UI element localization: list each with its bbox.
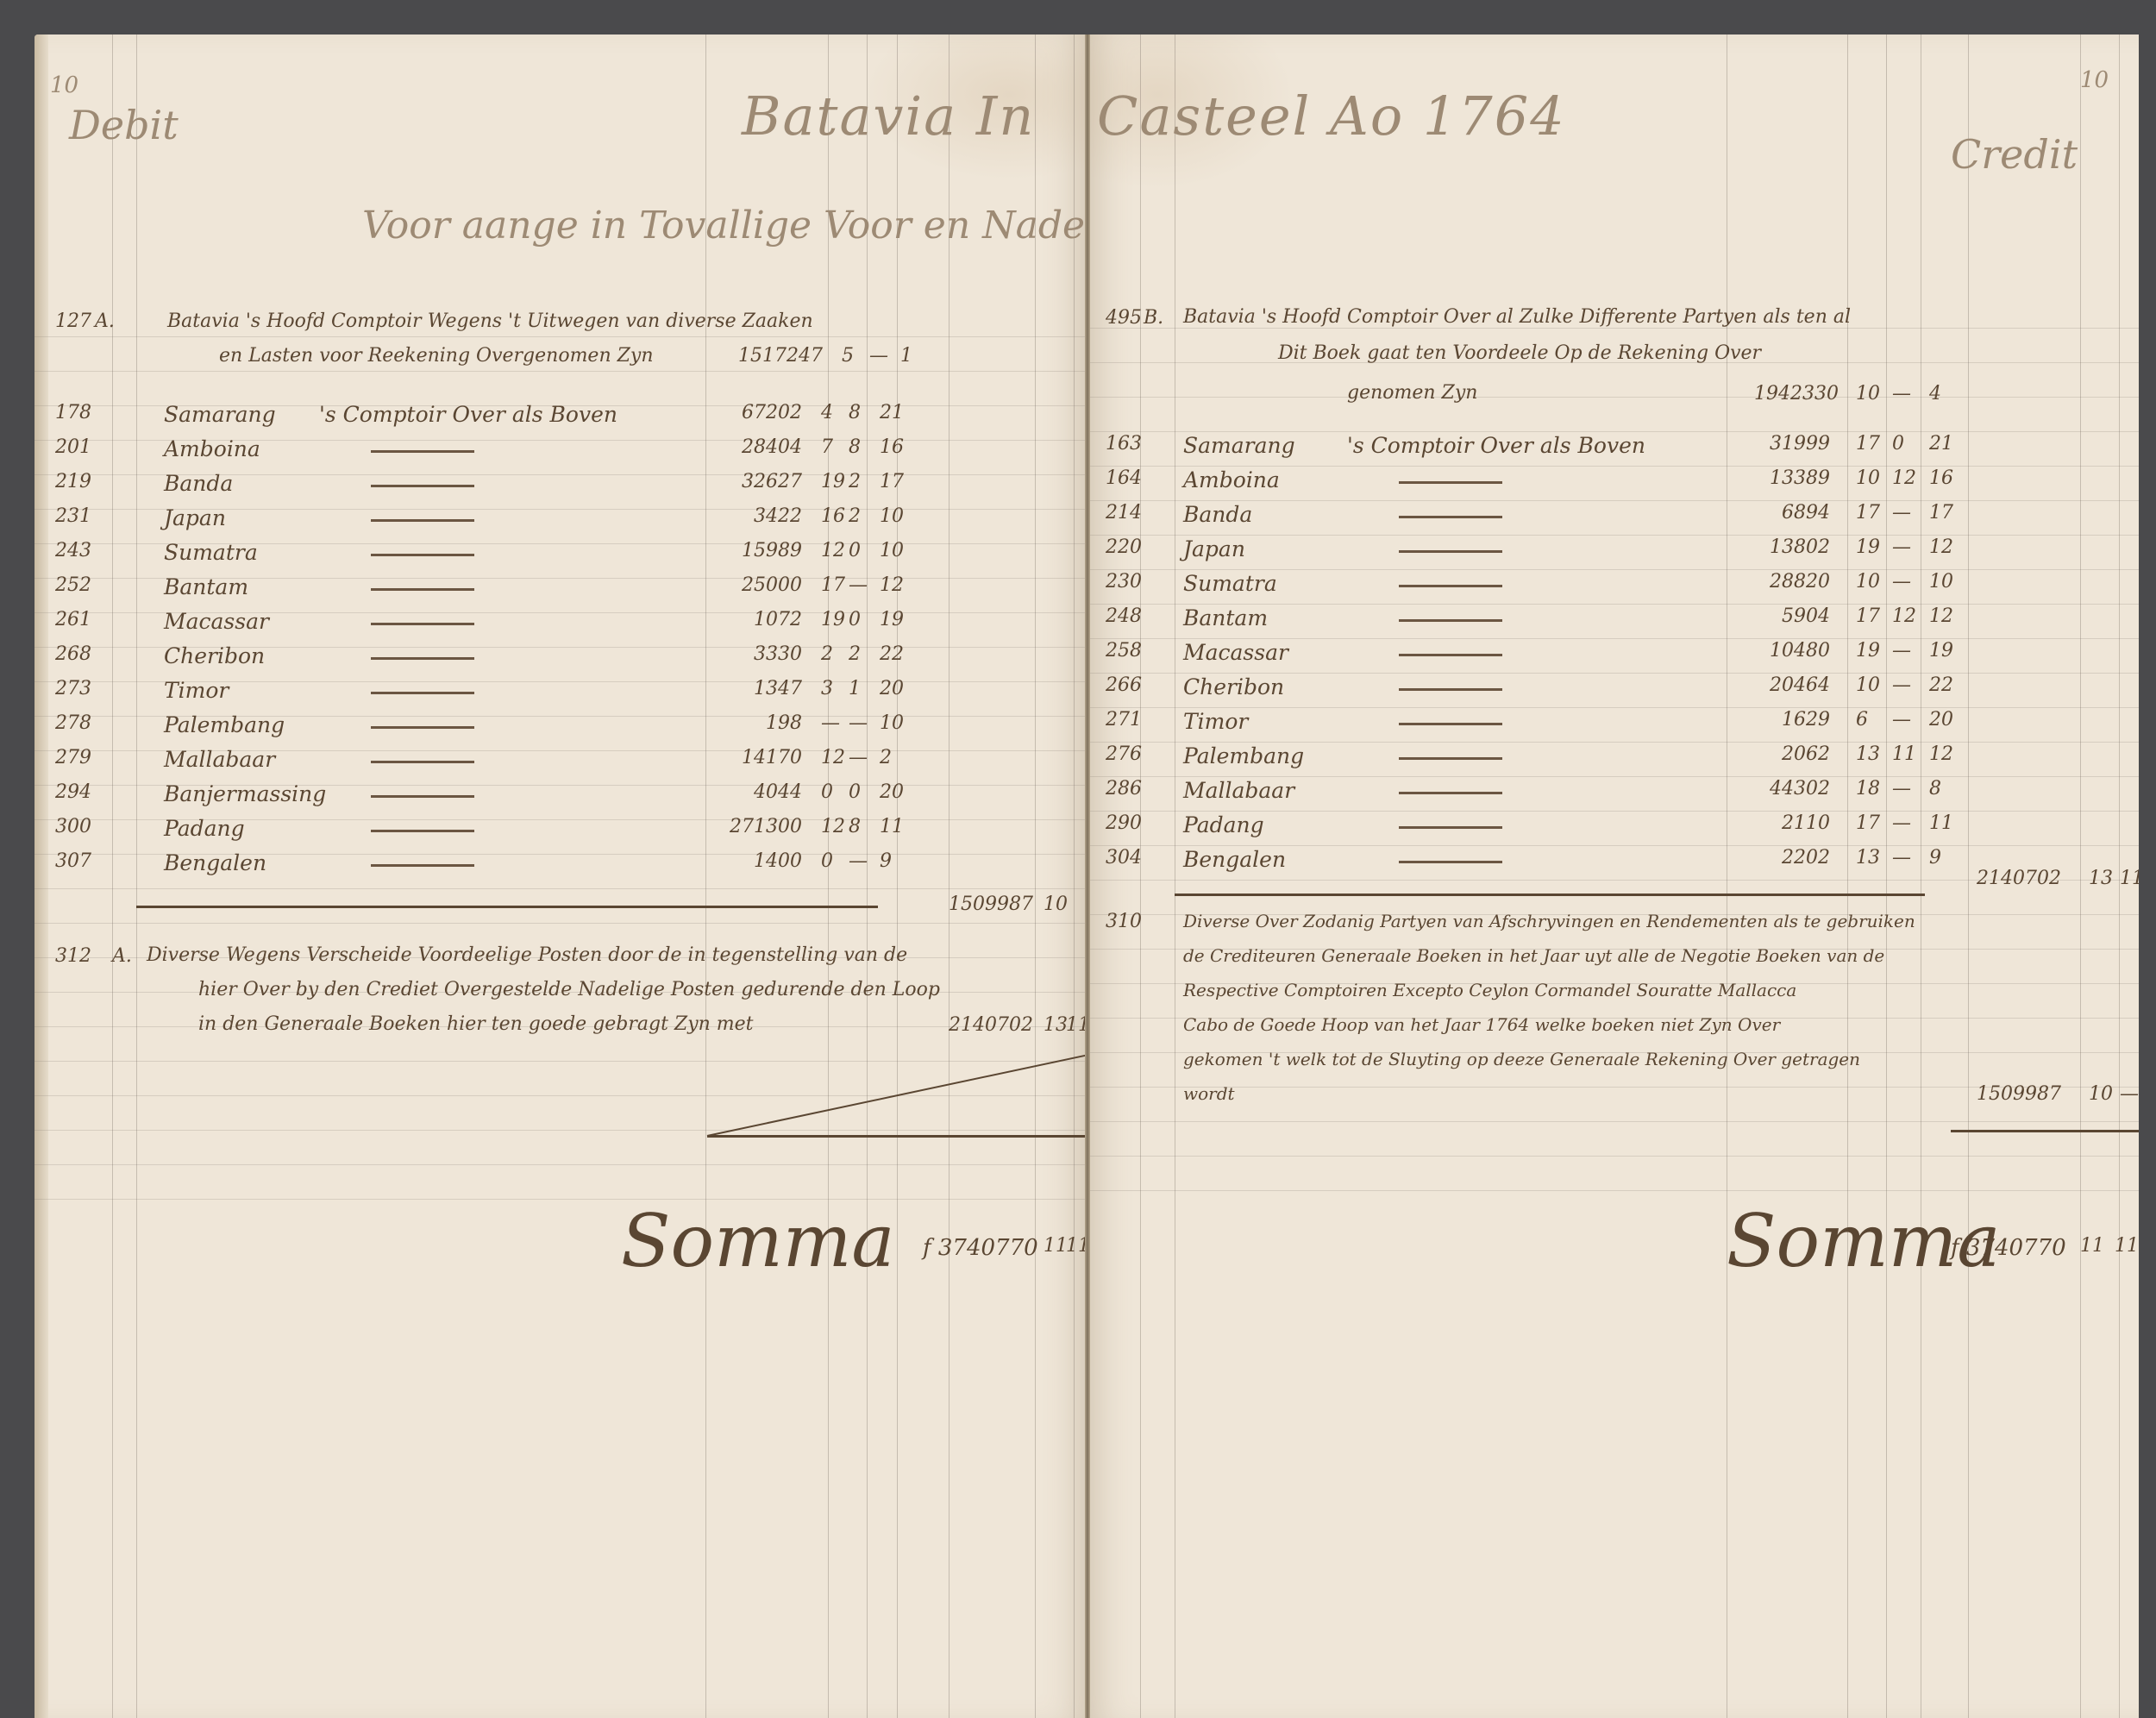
entry-ref: 261 xyxy=(55,609,91,630)
closing-entry-text-1: Diverse Wegens Verscheide Voordeelige Po… xyxy=(147,938,907,973)
entry-stuivers: 12 xyxy=(821,816,845,837)
entry-stuivers: 13 xyxy=(1856,847,1880,868)
ditto-mark xyxy=(1399,654,1502,656)
entry-stuivers: 19 xyxy=(1856,640,1880,661)
entry-place-name: Timor xyxy=(164,678,229,703)
ditto-mark xyxy=(371,864,474,867)
entry-place-name: Padang xyxy=(1183,812,1264,837)
entry-penningen: 16 xyxy=(1929,467,1953,489)
entry-mid: — xyxy=(849,747,868,768)
entry-ref: 271 xyxy=(1106,709,1142,730)
closing-entry-text-3: in den Generaale Boeken hier ten goede g… xyxy=(198,1007,754,1042)
entry-ref: 214 xyxy=(1106,502,1142,524)
entry-stuivers: 12 xyxy=(821,540,845,561)
subtotal-rule xyxy=(136,906,878,908)
entry-description: 's Comptoir Over als Boven xyxy=(319,402,617,427)
entry-ref: 307 xyxy=(55,850,91,872)
ditto-mark xyxy=(371,623,474,625)
ditto-mark xyxy=(371,795,474,798)
entry-penningen: 10 xyxy=(880,505,904,527)
ruled-line xyxy=(34,923,1087,924)
entry-stuivers: 19 xyxy=(821,609,845,630)
ditto-mark xyxy=(371,726,474,729)
entry-stuivers: 17 xyxy=(1856,502,1880,524)
entry-place-name: Cheribon xyxy=(1183,674,1284,699)
entry-place-name: Bantam xyxy=(164,574,248,599)
entry-place-name: Amboina xyxy=(164,436,260,461)
entry-stuivers: 17 xyxy=(821,574,845,596)
ledger-entry-row: 294Banjermassing40440020 xyxy=(34,776,1069,811)
entry-ref: 127 xyxy=(55,310,91,332)
ditto-mark xyxy=(1399,688,1502,691)
entry-place-name: Mallabaar xyxy=(164,747,275,772)
ledger-entry-row: 286Mallabaar4430218—8 xyxy=(1088,773,2123,807)
entry-place-name: Banjermassing xyxy=(164,781,326,806)
entry-mid: 2 xyxy=(849,505,861,527)
entry-amount: 10480 xyxy=(1718,640,1830,661)
closing-entry-s: 10 xyxy=(2089,1083,2113,1105)
ruled-line xyxy=(34,1130,1087,1131)
ledger-title-part1: Batavia In xyxy=(742,85,1035,147)
entry-stuivers: 16 xyxy=(821,505,845,527)
ruled-line xyxy=(1088,1121,2139,1122)
left-page-debit: 10 Debit Batavia In Voor aange in Tovall… xyxy=(34,34,1087,1718)
entry-penningen: 12 xyxy=(1929,743,1953,765)
entry-penningen: 12 xyxy=(1929,605,1953,627)
entry-amount: 2062 xyxy=(1718,743,1830,765)
entry-penningen: 11 xyxy=(880,816,904,837)
opening-entry-p: 4 xyxy=(1929,383,1941,404)
folio-number: 10 xyxy=(50,72,78,98)
ledger-entry-row: 279Mallabaar1417012—2 xyxy=(34,742,1069,776)
entry-mid: — xyxy=(849,712,868,734)
ledger-entry-row: 271Timor16296—20 xyxy=(1088,704,2123,738)
entry-mid: — xyxy=(1892,571,1911,593)
entry-amount: 6894 xyxy=(1718,502,1830,524)
opening-entry-text-2: Dit Boek gaat ten Voordeele Op de Rekeni… xyxy=(1278,336,1761,371)
ledger-entry-row: 163Samarang's Comptoir Over als Boven319… xyxy=(1088,428,2123,462)
entry-amount: 28404 xyxy=(690,436,802,458)
entry-place-name: Banda xyxy=(164,471,233,496)
entry-mid: 0 xyxy=(849,609,861,630)
ledger-entry-row: 231Japan342216210 xyxy=(34,500,1069,535)
ditto-mark xyxy=(1399,585,1502,587)
entry-stuivers: 4 xyxy=(821,402,833,423)
entry-ref: 258 xyxy=(1106,640,1142,661)
ditto-mark xyxy=(371,485,474,487)
ditto-mark xyxy=(1399,619,1502,622)
entry-ref: 286 xyxy=(1106,778,1142,799)
ledger-book: 10 Debit Batavia In Voor aange in Tovall… xyxy=(34,34,2139,1718)
opening-entry-ref: 495 xyxy=(1106,307,1142,329)
left-subtotal-amount: 1509987 xyxy=(949,893,1033,915)
entry-amount: 20464 xyxy=(1718,674,1830,696)
closing-entry-text-2: hier Over by den Crediet Overgestelde Na… xyxy=(198,973,940,1007)
ledger-entry-row: 290Padang211017—11 xyxy=(1088,807,2123,842)
entry-amount: 14170 xyxy=(690,747,802,768)
entry-amount: 5904 xyxy=(1718,605,1830,627)
entry-ref: 220 xyxy=(1106,536,1142,558)
entry-place-name: Banda xyxy=(1183,502,1252,527)
ruled-line xyxy=(34,1199,1087,1200)
somma-label: Somma xyxy=(621,1199,895,1283)
entry-stuivers: 19 xyxy=(1856,536,1880,558)
entry-mid: 0 xyxy=(849,540,861,561)
entry-place-name: Amboina xyxy=(1183,467,1280,492)
entry-amount: 2202 xyxy=(1718,847,1830,868)
entry-place-name: Macassar xyxy=(1183,640,1288,665)
entry-place-name: Timor xyxy=(1183,709,1248,734)
ledger-entry-row: 307Bengalen14000—9 xyxy=(34,845,1069,880)
ledger-entry-row: 258Macassar1048019—19 xyxy=(1088,635,2123,669)
ditto-mark xyxy=(371,450,474,453)
entry-mid: 0 xyxy=(1892,433,1904,455)
entry-mid: — xyxy=(1892,536,1911,558)
entry-amount: 1347 xyxy=(690,678,802,699)
closing-entry-amount: 2140702 xyxy=(949,1014,1033,1036)
ditto-mark xyxy=(1399,826,1502,829)
entry-mid: — xyxy=(1892,812,1911,834)
entry-stuivers: 2 xyxy=(821,643,833,665)
entry-description: 's Comptoir Over als Boven xyxy=(1347,433,1645,458)
ditto-mark xyxy=(371,554,474,556)
entry-ref: 248 xyxy=(1106,605,1142,627)
opening-entry-marker: B. xyxy=(1144,307,1163,329)
opening-entry: 127 A. Batavia 's Hoofd Comptoir Wegens … xyxy=(55,307,1081,342)
entry-amount: 1400 xyxy=(690,850,802,872)
entry-place-name: Japan xyxy=(164,505,226,530)
entry-ref: 178 xyxy=(55,402,91,423)
ruled-line xyxy=(34,888,1087,889)
entry-place-name: Mallabaar xyxy=(1183,778,1294,803)
opening-entry-text-1: Batavia 's Hoofd Comptoir Over al Zulke … xyxy=(1183,300,1851,335)
entry-amount: 3330 xyxy=(690,643,802,665)
somma-p: 11 xyxy=(1066,1235,1087,1257)
ruled-line xyxy=(1088,1190,2139,1191)
entry-ref: 201 xyxy=(55,436,91,458)
closing-entry-ref: 312 xyxy=(55,945,91,967)
ledger-entry-row: 304Bengalen220213—9 xyxy=(1088,842,2123,876)
entry-stuivers: 0 xyxy=(821,781,833,803)
entry-place-name: Cheribon xyxy=(164,643,265,668)
entry-ref: 279 xyxy=(55,747,91,768)
entry-mid: 12 xyxy=(1892,467,1916,489)
entry-penningen: 10 xyxy=(1929,571,1953,593)
closing-entry-s: 13 xyxy=(1044,1014,1068,1036)
entry-stuivers: 6 xyxy=(1856,709,1868,730)
section-heading: Voor aange in Tovallige Voor en Nadelige… xyxy=(362,204,1087,248)
left-subtotal-s: 10 xyxy=(1044,893,1068,915)
entry-ref: 278 xyxy=(55,712,91,734)
entry-ref: 304 xyxy=(1106,847,1142,868)
entry-penningen: 11 xyxy=(1929,812,1953,834)
book-gutter xyxy=(1085,34,1090,1718)
ledger-entry-row: 266Cheribon2046410—22 xyxy=(1088,669,2123,704)
ledger-entry-row: 164Amboina13389101216 xyxy=(1088,462,2123,497)
ditto-mark xyxy=(371,692,474,694)
somma-p: 11 xyxy=(2115,1235,2139,1257)
opening-entry-line2: en Lasten voor Reekening Overgenomen Zyn… xyxy=(55,342,1081,376)
entry-mid: 8 xyxy=(849,436,861,458)
entry-penningen: 1 xyxy=(900,345,912,367)
entry-stuivers: 18 xyxy=(1856,778,1880,799)
right-page-credit: 10 Credit Casteel Ao 1764 495 B. Batavia… xyxy=(1088,34,2139,1718)
total-rule xyxy=(707,1135,1087,1138)
entry-mid: — xyxy=(849,574,868,596)
entry-penningen: 22 xyxy=(1929,674,1953,696)
entry-mid: 1 xyxy=(849,678,861,699)
entry-text: en Lasten voor Reekening Overgenomen Zyn xyxy=(219,345,654,367)
entry-ref: 268 xyxy=(55,643,91,665)
entry-stuivers: 3 xyxy=(821,678,833,699)
somma-amount: f 3740770 xyxy=(923,1235,1038,1261)
entry-penningen: 20 xyxy=(1929,709,1953,730)
entry-stuivers: 7 xyxy=(821,436,833,458)
entry-amount: 32627 xyxy=(690,471,802,492)
ledger-entry-row: 276Palembang2062131112 xyxy=(1088,738,2123,773)
entry-mid: — xyxy=(1892,674,1911,696)
ruled-line xyxy=(34,1164,1087,1165)
entry-penningen: 21 xyxy=(1929,433,1953,455)
somma-amount: f 3740770 xyxy=(1951,1235,2066,1261)
entry-place-name: Bengalen xyxy=(1183,847,1286,872)
entry-stuivers: 17 xyxy=(1856,605,1880,627)
entry-mid: 8 xyxy=(849,816,861,837)
ditto-mark xyxy=(371,830,474,832)
entry-amount: 1629 xyxy=(1718,709,1830,730)
entry-place-name: Samarang xyxy=(1183,433,1295,458)
closing-entry-p: — xyxy=(2120,1083,2139,1105)
entry-mid: 8 xyxy=(849,402,861,423)
entry-stuivers: — xyxy=(821,712,840,734)
closing-entry-ref: 310 xyxy=(1106,911,1142,932)
ruled-line xyxy=(1088,1156,2139,1157)
closing-entry-marker: A. xyxy=(112,945,132,967)
ruled-line xyxy=(34,1095,1087,1096)
entry-mid: — xyxy=(849,850,868,872)
entry-penningen: 16 xyxy=(880,436,904,458)
entry-penningen: 12 xyxy=(1929,536,1953,558)
entry-mid: 12 xyxy=(1892,605,1916,627)
ledger-title-part2: Casteel Ao 1764 xyxy=(1097,85,1566,147)
entry-mid: 2 xyxy=(849,643,861,665)
ditto-mark xyxy=(1399,861,1502,863)
ledger-entry-row: 261Macassar107219019 xyxy=(34,604,1069,638)
entry-ref: 230 xyxy=(1106,571,1142,593)
entry-amount: 271300 xyxy=(690,816,802,837)
entry-penningen: 2 xyxy=(880,747,892,768)
ledger-entry-row: 220Japan1380219—12 xyxy=(1088,531,2123,566)
entry-penningen: 10 xyxy=(880,540,904,561)
entry-mid: 11 xyxy=(1892,743,1916,765)
entry-place-name: Padang xyxy=(164,816,245,841)
entry-stuivers: 5 xyxy=(842,345,854,367)
entry-penningen: 20 xyxy=(880,781,904,803)
entry-mid: 2 xyxy=(849,471,861,492)
closing-entry-text-3: Respective Comptoiren Excepto Ceylon Cor… xyxy=(1183,973,1796,1007)
ledger-entry-row: 230Sumatra2882010—10 xyxy=(1088,566,2123,600)
entry-ref: 164 xyxy=(1106,467,1142,489)
entry-place-name: Bantam xyxy=(1183,605,1268,630)
entry-place-name: Sumatra xyxy=(164,540,258,565)
entry-place-name: Palembang xyxy=(1183,743,1304,768)
somma-s: 11 xyxy=(1044,1235,1068,1257)
entry-penningen: 17 xyxy=(1929,502,1953,524)
opening-entry-amount: 1942330 xyxy=(1718,383,1839,404)
ledger-entry-row: 268Cheribon33302222 xyxy=(34,638,1069,673)
entry-marker: A. xyxy=(95,310,115,332)
entry-penningen: 9 xyxy=(880,850,892,872)
ruled-line xyxy=(34,1061,1087,1062)
entry-amount: 1517247 xyxy=(711,345,823,367)
entry-place-name: Sumatra xyxy=(1183,571,1277,596)
ledger-entry-row: 252Bantam2500017—12 xyxy=(34,569,1069,604)
entry-amount: 3422 xyxy=(690,505,802,527)
ledger-entry-row: 273Timor13473120 xyxy=(34,673,1069,707)
entry-penningen: 19 xyxy=(1929,640,1953,661)
entry-amount: 2110 xyxy=(1718,812,1830,834)
ditto-mark xyxy=(1399,550,1502,553)
ruled-line xyxy=(1088,397,2139,398)
entry-stuivers: 17 xyxy=(1856,433,1880,455)
entry-penningen: 10 xyxy=(880,712,904,734)
entry-stuivers: 19 xyxy=(821,471,845,492)
entry-stuivers: 10 xyxy=(1856,571,1880,593)
entry-ref: 290 xyxy=(1106,812,1142,834)
entry-amount: 44302 xyxy=(1718,778,1830,799)
opening-entry-text-3: genomen Zyn xyxy=(1347,376,1477,411)
entry-mid: — xyxy=(1892,502,1911,524)
closing-entry-text-6: wordt xyxy=(1183,1076,1235,1111)
ledger-entry-row: 201Amboina284047816 xyxy=(34,431,1069,466)
right-subtotal-p: 11 xyxy=(2120,868,2139,889)
opening-entry-m: — xyxy=(1892,383,1911,404)
entry-ref: 294 xyxy=(55,781,91,803)
entry-amount: 13389 xyxy=(1718,467,1830,489)
entry-penningen: 12 xyxy=(880,574,904,596)
closing-entry-text-5: gekomen 't welk tot de Sluyting op deeze… xyxy=(1183,1042,1860,1076)
credit-label: Credit xyxy=(1951,131,2078,178)
entry-place-name: Palembang xyxy=(164,712,285,737)
total-rule xyxy=(1951,1130,2139,1132)
entry-amount: 13802 xyxy=(1718,536,1830,558)
entry-penningen: 8 xyxy=(1929,778,1941,799)
closing-entry-p: 11 xyxy=(1066,1014,1087,1036)
ditto-mark xyxy=(371,588,474,591)
entry-penningen: 21 xyxy=(880,402,904,423)
closing-entry-amount: 1509987 xyxy=(1977,1083,2061,1105)
entry-ref: 276 xyxy=(1106,743,1142,765)
entry-ref: 243 xyxy=(55,540,91,561)
entry-place-name: Macassar xyxy=(164,609,269,634)
entry-amount: 1072 xyxy=(690,609,802,630)
entry-mid: — xyxy=(1892,778,1911,799)
ledger-entry-row: 178Samarang's Comptoir Over als Boven672… xyxy=(34,397,1069,431)
entry-ref: 273 xyxy=(55,678,91,699)
entry-amount: 198 xyxy=(690,712,802,734)
entry-amount: 4044 xyxy=(690,781,802,803)
ledger-entry-row: 214Banda689417—17 xyxy=(1088,497,2123,531)
entry-text: Batavia 's Hoofd Comptoir Wegens 't Uitw… xyxy=(167,310,813,332)
entry-ref: 219 xyxy=(55,471,91,492)
debit-label: Debit xyxy=(69,102,179,148)
entry-amount: 67202 xyxy=(690,402,802,423)
entry-place-name: Bengalen xyxy=(164,850,266,875)
entry-ref: 266 xyxy=(1106,674,1142,696)
ledger-entry-row: 300Padang27130012811 xyxy=(34,811,1069,845)
entry-amount: 15989 xyxy=(690,540,802,561)
right-subtotal-amount: 2140702 xyxy=(1977,868,2061,889)
entry-ref: 300 xyxy=(55,816,91,837)
entry-penningen: 22 xyxy=(880,643,904,665)
ledger-entry-row: 248Bantam5904171212 xyxy=(1088,600,2123,635)
closing-entry-text-2: de Crediteuren Generaale Boeken in het J… xyxy=(1183,938,1884,973)
ledger-entry-row: 219Banda3262719217 xyxy=(34,466,1069,500)
ditto-mark xyxy=(1399,481,1502,484)
closing-entry-text-1: Diverse Over Zodanig Partyen van Afschry… xyxy=(1183,904,1915,938)
ditto-mark xyxy=(1399,723,1502,725)
closing-entry-text-4: Cabo de Goede Hoop van het Jaar 1764 wel… xyxy=(1183,1007,1780,1042)
entry-penningen: 20 xyxy=(880,678,904,699)
entry-place-name: Japan xyxy=(1183,536,1245,561)
entry-place-name: Samarang xyxy=(164,402,276,427)
entry-mid: 0 xyxy=(849,781,861,803)
entry-amount: 31999 xyxy=(1718,433,1830,455)
entry-stuivers: 17 xyxy=(1856,812,1880,834)
ledger-entry-row: 243Sumatra1598912010 xyxy=(34,535,1069,569)
right-subtotal-s: 13 xyxy=(2089,868,2113,889)
ditto-mark xyxy=(1399,757,1502,760)
entry-ref: 252 xyxy=(55,574,91,596)
entry-mid: — xyxy=(869,345,888,367)
entry-mid: — xyxy=(1892,709,1911,730)
subtotal-rule xyxy=(1175,893,1925,896)
ditto-mark xyxy=(371,761,474,763)
ditto-mark xyxy=(371,657,474,660)
entry-amount: 25000 xyxy=(690,574,802,596)
entry-penningen: 19 xyxy=(880,609,904,630)
entry-mid: — xyxy=(1892,847,1911,868)
entry-stuivers: 10 xyxy=(1856,467,1880,489)
entry-amount: 28820 xyxy=(1718,571,1830,593)
entry-stuivers: 10 xyxy=(1856,674,1880,696)
entry-stuivers: 13 xyxy=(1856,743,1880,765)
entry-penningen: 17 xyxy=(880,471,904,492)
ditto-mark xyxy=(1399,792,1502,794)
folio-number: 10 xyxy=(2080,67,2109,93)
opening-entry-s: 10 xyxy=(1856,383,1880,404)
entry-mid: — xyxy=(1892,640,1911,661)
entry-stuivers: 12 xyxy=(821,747,845,768)
entry-ref: 163 xyxy=(1106,433,1142,455)
ledger-entry-row: 278Palembang198——10 xyxy=(34,707,1069,742)
entry-penningen: 9 xyxy=(1929,847,1941,868)
entry-ref: 231 xyxy=(55,505,91,527)
ditto-mark xyxy=(371,519,474,522)
entry-stuivers: 0 xyxy=(821,850,833,872)
somma-s: 11 xyxy=(2080,1235,2104,1257)
ditto-mark xyxy=(1399,516,1502,518)
